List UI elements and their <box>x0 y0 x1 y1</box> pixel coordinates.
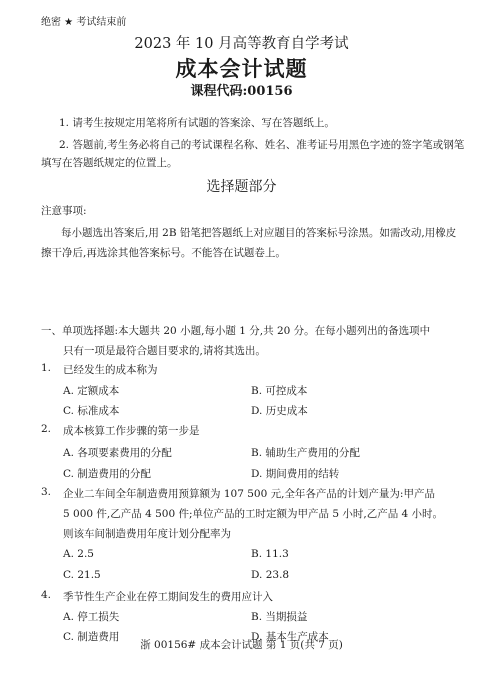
option-b: B. 当期损益 <box>251 609 307 624</box>
notice-label: 注意事项: <box>41 203 87 218</box>
question-text-line2: 5 000 件,乙产品 4 500 件;单位产品的工时定额为甲产品 5 小时,乙… <box>63 506 443 521</box>
section-title: 选择题部分 <box>0 176 483 196</box>
option-b: B. 辅助生产费用的分配 <box>251 445 360 460</box>
secret-label: 绝密 ★ 考试结束前 <box>41 13 126 28</box>
option-b: B. 11.3 <box>251 548 289 560</box>
option-d: D. 23.8 <box>251 569 289 581</box>
question-text: 已经发生的成本称为 <box>63 362 158 377</box>
question-text-line3: 则该车间制造费用年度计划分配率为 <box>63 526 231 541</box>
option-a: A. 2.5 <box>63 548 94 560</box>
option-a: A. 各项要素费用的分配 <box>63 445 172 460</box>
page-title: 成本会计试题 <box>0 53 483 83</box>
instruction-1: 1. 请考生按规定用笔将所有试题的答案涂、写在答题纸上。 <box>59 115 335 130</box>
exam-session-line: 2023 年 10 月高等教育自学考试 <box>0 32 483 53</box>
part-one-heading-line1: 一、单项选择题:本大题共 20 小题,每小题 1 分,共 20 分。在每小题列出… <box>41 323 430 338</box>
option-c: C. 21.5 <box>63 569 101 581</box>
question-number: 2. <box>41 423 51 435</box>
question-text-line1: 企业二车间全年制造费用预算额为 107 500 元,全年各产品的计划产量为:甲产… <box>63 486 435 501</box>
option-c: C. 标准成本 <box>63 403 119 418</box>
question-number: 1. <box>41 362 51 374</box>
option-d: D. 期间费用的结转 <box>251 466 339 481</box>
course-code: 课程代码:00156 <box>0 80 483 99</box>
page-footer: 浙 00156# 成本会计试题 第 1 页(共 7 页) <box>0 637 483 652</box>
option-d: D. 历史成本 <box>251 403 308 418</box>
question-text: 季节性生产企业在停工期间发生的费用应计入 <box>63 589 273 604</box>
notice-line1: 每小题选出答案后,用 2B 铅笔把答题纸上对应题目的答案标号涂黑。如需改动,用橡… <box>61 225 456 240</box>
question-number: 4. <box>41 589 51 601</box>
question-number: 3. <box>41 486 51 498</box>
option-c: C. 制造费用的分配 <box>63 466 151 481</box>
instruction-2-line2: 填写在答题纸规定的位置上。 <box>41 155 178 170</box>
part-one-heading-line2: 只有一项是最符合题目要求的,请将其选出。 <box>63 343 266 358</box>
option-a: A. 停工损失 <box>63 609 119 624</box>
instruction-2-line1: 2. 答题前,考生务必将自己的考试课程名称、姓名、准考证号用黑色字迹的签字笔或钢… <box>59 137 464 152</box>
notice-line2: 擦干净后,再选涂其他答案标号。不能答在试题卷上。 <box>41 245 286 260</box>
option-a: A. 定额成本 <box>63 383 119 398</box>
option-b: B. 可控成本 <box>251 383 307 398</box>
question-text: 成本核算工作步骤的第一步是 <box>63 423 200 438</box>
